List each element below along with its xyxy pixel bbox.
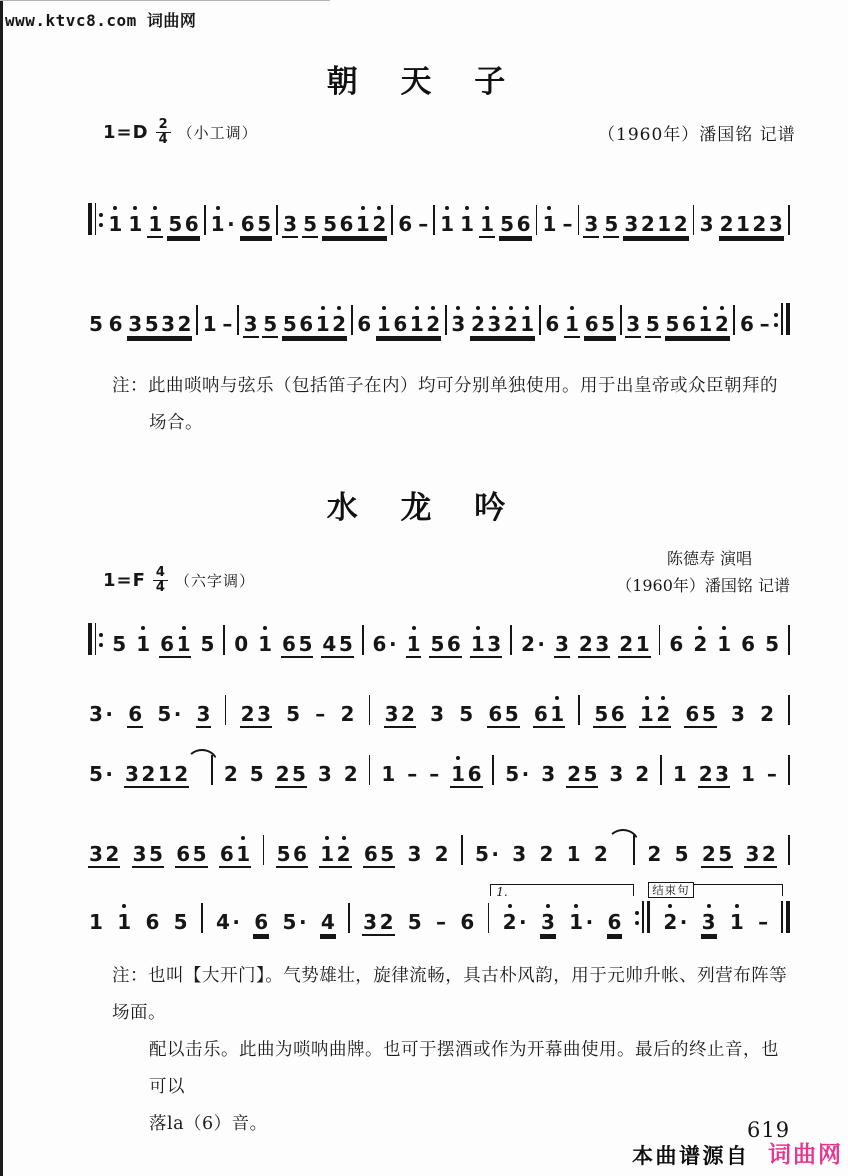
music-line-p1-1: 111561·653556126–111561–35321232123 bbox=[88, 192, 790, 238]
piece1-meter-denominator: 4 bbox=[159, 133, 168, 147]
piece2-meter-numerator: 4 bbox=[153, 566, 168, 581]
music-line-p2-3: 5·32122525321––165·325321231– bbox=[88, 742, 790, 788]
piece1-key: 1=D bbox=[103, 122, 149, 143]
piece2-mode-label: （六字调） bbox=[175, 570, 255, 591]
piece2-note-line2: 配以击乐。此曲为唢呐曲牌。也可于摆酒或作为开幕曲使用。最后的终止音，也可以 bbox=[112, 1032, 796, 1106]
piece1-meter-numerator: 2 bbox=[156, 118, 171, 133]
piece2-meter-denominator: 4 bbox=[156, 581, 165, 595]
piece1-note: 注：此曲唢呐与弦乐（包括笛子在内）均可分别单独使用。用于出皇帝或众臣朝拜的 场合… bbox=[112, 368, 796, 442]
piece1-key-signature: 1=D 2 4 （小工调） bbox=[103, 118, 258, 146]
music-line-p2-5-wrap: 1. 结束句 11654·65·4325–62·31·62·31– bbox=[88, 878, 790, 936]
music-line-p2-4: 32356561561265325·3212252532 bbox=[88, 822, 790, 868]
piece1-meter-fraction: 2 4 bbox=[156, 118, 171, 146]
piece1-note-line1: 注：此曲唢呐与弦乐（包括笛子在内）均可分别单独使用。用于出皇帝或众臣朝拜的 bbox=[112, 368, 796, 405]
music-line-p2-2: 3·65·3235–23235656156126532 bbox=[88, 682, 790, 728]
piece2-key: 1=F bbox=[103, 570, 146, 591]
piece2-singer-credit: 陈德寿 演唱 bbox=[590, 545, 790, 572]
piece1-mode-label: （小工调） bbox=[178, 122, 258, 143]
sheet-music-page: www.ktvc8.com 词曲网 朝 天 子 1=D 2 4 （小工调） （1… bbox=[0, 0, 848, 1176]
source-site-logo: 词曲网 bbox=[768, 1136, 843, 1169]
piece1-credit: （1960年）潘国铭 记谱 bbox=[598, 120, 796, 145]
scan-top-line bbox=[0, 0, 330, 1]
scan-edge-line bbox=[0, 0, 3, 1176]
piece2-notator-credit: （1960年）潘国铭 记谱 bbox=[590, 572, 790, 599]
piece2-note-line3: 落la（6）音。 bbox=[112, 1106, 796, 1143]
piece2-meter-fraction: 4 4 bbox=[153, 566, 168, 594]
music-line-p2-5: 11654·65·4325–62·31·62·31– bbox=[88, 890, 790, 936]
piece2-note: 注：也叫【大开门】。气势雄壮，旋律流畅，具古朴风韵，用于元帅升帐、列营布阵等场面… bbox=[112, 958, 796, 1143]
piece1-title: 朝 天 子 bbox=[0, 56, 848, 101]
piece1-note-line2: 场合。 bbox=[112, 405, 796, 442]
piece2-note-line1: 注：也叫【大开门】。气势雄壮，旋律流畅，具古朴风韵，用于元帅升帐、列营布阵等场面… bbox=[112, 958, 796, 1032]
piece2-title: 水 龙 吟 bbox=[0, 482, 848, 527]
piece2-credits: 陈德寿 演唱 （1960年）潘国铭 记谱 bbox=[590, 545, 790, 599]
piece2-key-signature: 1=F 4 4 （六字调） bbox=[103, 566, 255, 594]
music-line-p2-1: 516150165456·156132·3232162165 bbox=[88, 612, 790, 658]
watermark: www.ktvc8.com 词曲网 bbox=[5, 8, 196, 31]
source-prefix: 本曲谱源自 bbox=[632, 1140, 750, 1170]
music-line-p1-2: 5635321–355612616123232161653556126– bbox=[88, 292, 790, 338]
